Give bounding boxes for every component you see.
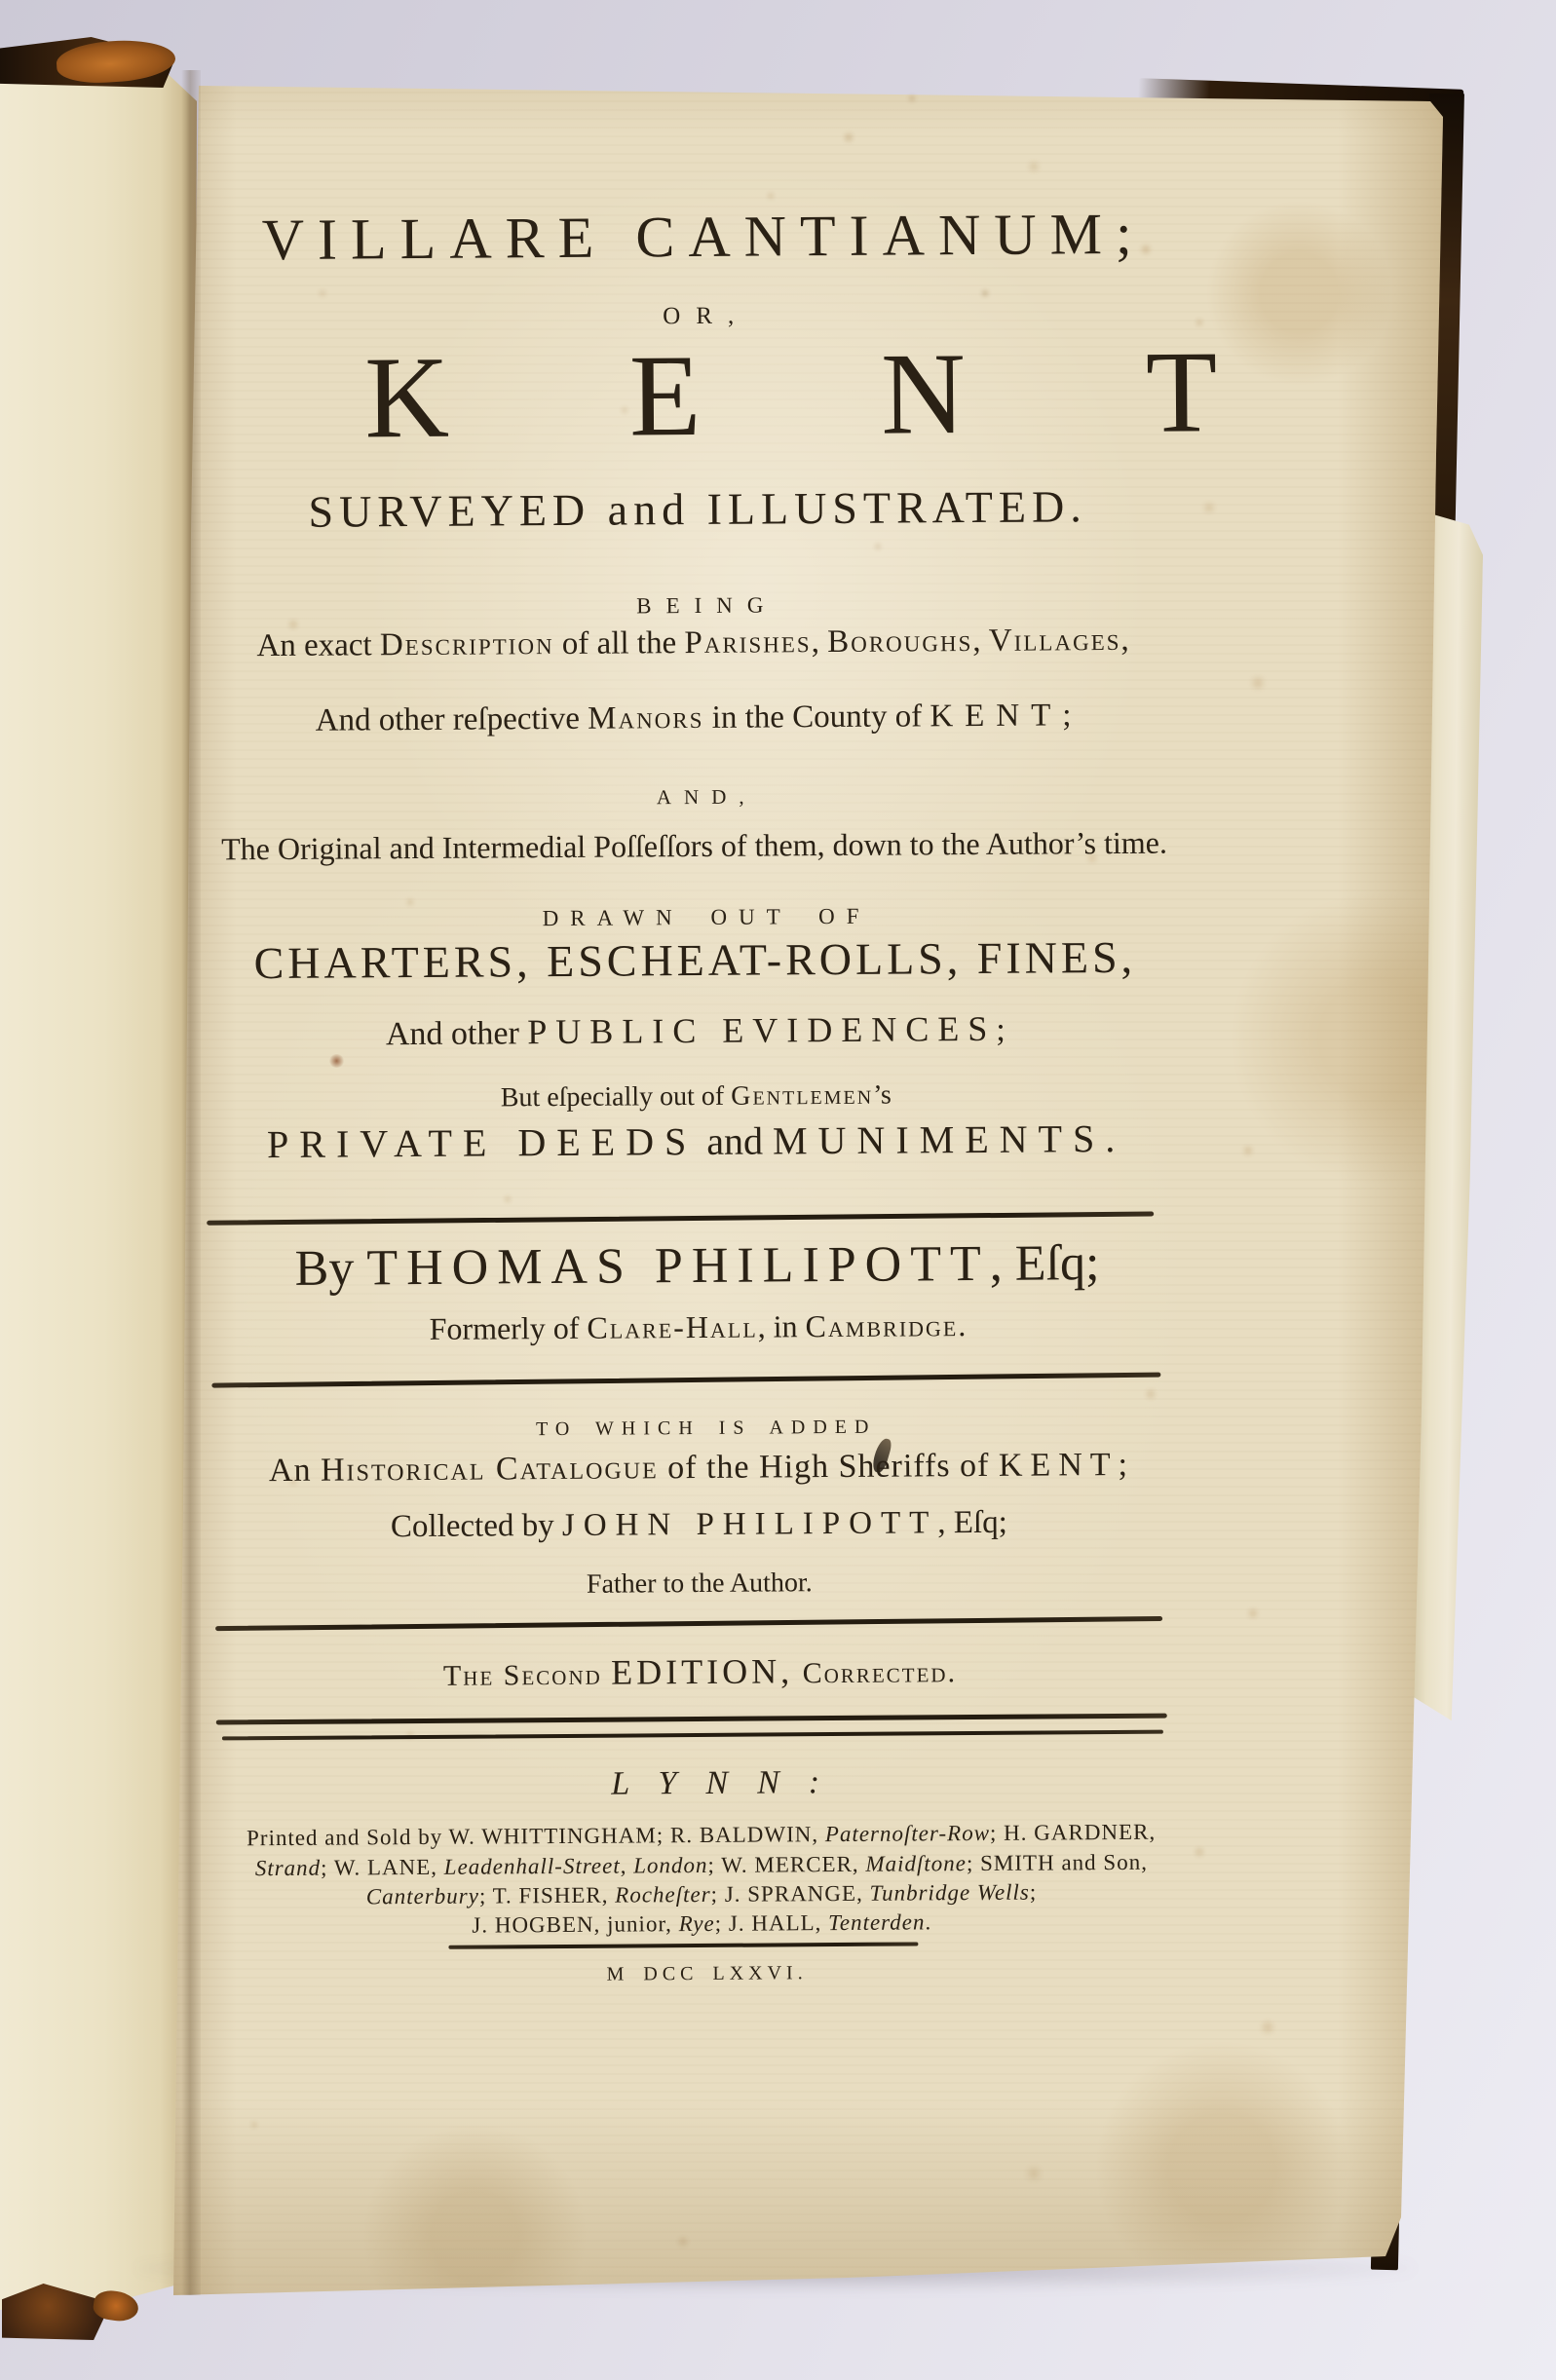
strand-italic: Strand <box>255 1856 322 1880</box>
imprint-text: ; W. LANE, <box>321 1855 444 1880</box>
clare-hall-line: Formerly of Clare-Hall, in Cambridge. <box>191 1307 1204 1345</box>
gentlemen-smallcaps: Gentlemen <box>731 1080 873 1112</box>
london-italic: London <box>633 1853 707 1878</box>
imprint-text: ; W. MERCER, <box>707 1852 865 1877</box>
private-deeds-text: and <box>697 1118 773 1163</box>
title-line-villare: VILLARE CANTIANUM; <box>183 204 1210 269</box>
title-page-text: VILLARE CANTIANUM; OR, KENT SURVEYED and… <box>181 0 1211 2380</box>
imprint-line-2: Strand; W. LANE, Leadenhall-Street, Lond… <box>195 1850 1208 1879</box>
collected-line: Collected by JOHN PHILIPOTT, Eſq; <box>192 1505 1205 1544</box>
lynn-line: LYNN: <box>194 1763 1236 1803</box>
imprint-line-3: Canterbury; T. FISHER, Rocheſter; J. SPR… <box>195 1879 1208 1908</box>
description-text: in the County of <box>703 699 930 736</box>
imprint-text: ; T. FISHER, <box>479 1883 615 1908</box>
imprint-text: J. HOGBEN, junior, <box>472 1911 678 1937</box>
description-text: An exact <box>256 627 380 663</box>
edition-caps: EDITION, <box>611 1651 793 1691</box>
catalogue-text: of the High Sheriffs of <box>659 1448 999 1486</box>
rye-italic: Rye <box>679 1911 715 1936</box>
muniments-caps: MUNIMENTS. <box>773 1116 1126 1163</box>
possessors-line: The Original and Intermedial Poſſeſſors … <box>187 826 1200 864</box>
thomas-philipott-caps: THOMAS PHILIPOTT <box>366 1236 990 1296</box>
clare-hall-text: Formerly of <box>430 1310 588 1346</box>
description-line-1: An exact Description of all the Parishes… <box>186 623 1199 662</box>
surveyed-line: SURVEYED and ILLUSTRATED. <box>185 483 1204 535</box>
left-flyleaf-page <box>0 58 197 2311</box>
imprint-text: ; J. HALL, <box>715 1910 829 1936</box>
tenterden-italic: Tenterden <box>828 1909 925 1935</box>
maidstone-italic: Maidſtone <box>865 1851 967 1876</box>
kent-inline: KENT <box>930 698 1062 734</box>
imprint-line-4: J. HOGBEN, junior, Rye; J. HALL, Tenterd… <box>195 1908 1208 1938</box>
to-which-is-added-line: TO WHICH IS ADDED <box>192 1415 1213 1441</box>
canterbury-italic: Canterbury <box>366 1884 479 1909</box>
kent-inline: KENT <box>999 1447 1119 1484</box>
cambridge-smallcaps: Cambridge <box>805 1307 958 1343</box>
catalogue-line: An Historical Catalogue of the High Sher… <box>192 1448 1205 1488</box>
imprint-text: , <box>621 1853 634 1877</box>
villages-smallcaps: Villages <box>989 623 1121 659</box>
byline-text: By <box>294 1240 366 1297</box>
clare-hall-smallcaps: Clare-Hall <box>587 1309 758 1345</box>
boroughs-smallcaps: Boroughs <box>827 623 972 660</box>
rule-1 <box>207 1211 1154 1225</box>
rule-2 <box>211 1373 1160 1388</box>
catalogue-text: ; <box>1118 1447 1128 1483</box>
being-line: BEING <box>186 590 1214 620</box>
father-line: Father to the Author. <box>193 1567 1206 1601</box>
gentlemen-line: But eſpecially out of Gentlemen’s <box>189 1079 1202 1114</box>
rule-4-upper <box>216 1714 1167 1725</box>
imprint-text: ; H. GARDNER, <box>990 1820 1156 1845</box>
and-line: AND, <box>187 783 1213 811</box>
corrected-smallcaps: Corrected. <box>793 1656 957 1689</box>
catalogue-text: An <box>269 1453 321 1489</box>
manors-smallcaps: Manors <box>588 700 704 737</box>
rule-3 <box>215 1616 1162 1631</box>
evidences-line: And other PUBLIC EVIDENCES; <box>189 1009 1202 1052</box>
author-byline: By THOMAS PHILIPOTT, Eſq; <box>190 1237 1203 1295</box>
drawn-out-of-line: DRAWN OUT OF <box>188 902 1213 931</box>
tunbridge-wells-italic: Tunbridge Wells <box>869 1880 1029 1906</box>
private-deeds-caps: PRIVATE DEEDS <box>267 1119 697 1166</box>
book-photo: VILLARE CANTIANUM; OR, KENT SURVEYED and… <box>0 0 1556 2380</box>
description-line-2: And other reſpective Manors in the Count… <box>187 699 1200 737</box>
imprint-text: Printed and Sold by W. WHITTINGHAM; R. B… <box>247 1822 825 1850</box>
clare-hall-text: , in <box>758 1308 806 1343</box>
imprint-rule <box>448 1942 918 1948</box>
imprint-text: ; J. SPRANGE, <box>711 1881 870 1907</box>
rule-4-lower <box>222 1730 1163 1741</box>
parishes-smallcaps: Parishes <box>684 624 811 661</box>
kent-line: KENT <box>184 332 1379 458</box>
foxing-spots <box>166 45 168 47</box>
public-evidences-caps: PUBLIC EVIDENCES <box>527 1009 996 1051</box>
description-text: And other reſpective <box>316 701 588 738</box>
private-deeds-line: PRIVATE DEEDS and MUNIMENTS. <box>190 1118 1203 1164</box>
description-text: of all the <box>553 625 684 661</box>
collected-text: Collected by <box>391 1508 562 1544</box>
gentlemen-text: ’s <box>873 1080 892 1111</box>
description-text: , <box>1120 623 1129 658</box>
collected-text: , Eſq; <box>937 1505 1007 1540</box>
leadenhall-street-italic: Leadenhall-Street <box>444 1854 621 1879</box>
byline-text: , Eſq; <box>990 1235 1100 1292</box>
historical-catalogue-smallcaps: Historical Catalogue <box>321 1450 659 1488</box>
description-text: , <box>811 624 827 660</box>
edition-line: The Second EDITION, Corrected. <box>193 1650 1206 1692</box>
rochester-italic: Rocheſter <box>615 1882 711 1908</box>
clare-hall-text: . <box>958 1307 966 1342</box>
imprint-text: ; <box>1030 1880 1038 1905</box>
john-philipott-caps: JOHN PHILIPOTT <box>562 1505 938 1543</box>
evidences-text: And other <box>386 1015 528 1052</box>
paternoster-row-italic: Paternoſter-Row <box>825 1821 990 1846</box>
charters-line: CHARTERS, ESCHEAT-ROLLS, FINES, <box>188 934 1201 986</box>
imprint-text: . <box>925 1909 931 1934</box>
description-text: , <box>972 623 989 659</box>
description-smallcaps: Description <box>380 626 554 662</box>
description-text: ; <box>1062 698 1071 733</box>
imprint-text: ; SMITH and Son, <box>967 1850 1148 1875</box>
evidences-text: ; <box>996 1012 1006 1048</box>
imprint-line-1: Printed and Sold by W. WHITTINGHAM; R. B… <box>195 1820 1208 1849</box>
gentlemen-text: But eſpecially out of <box>501 1081 732 1114</box>
date-line: M DCC LXXVI. <box>196 1960 1214 1986</box>
edition-smallcaps: The Second <box>443 1659 612 1692</box>
